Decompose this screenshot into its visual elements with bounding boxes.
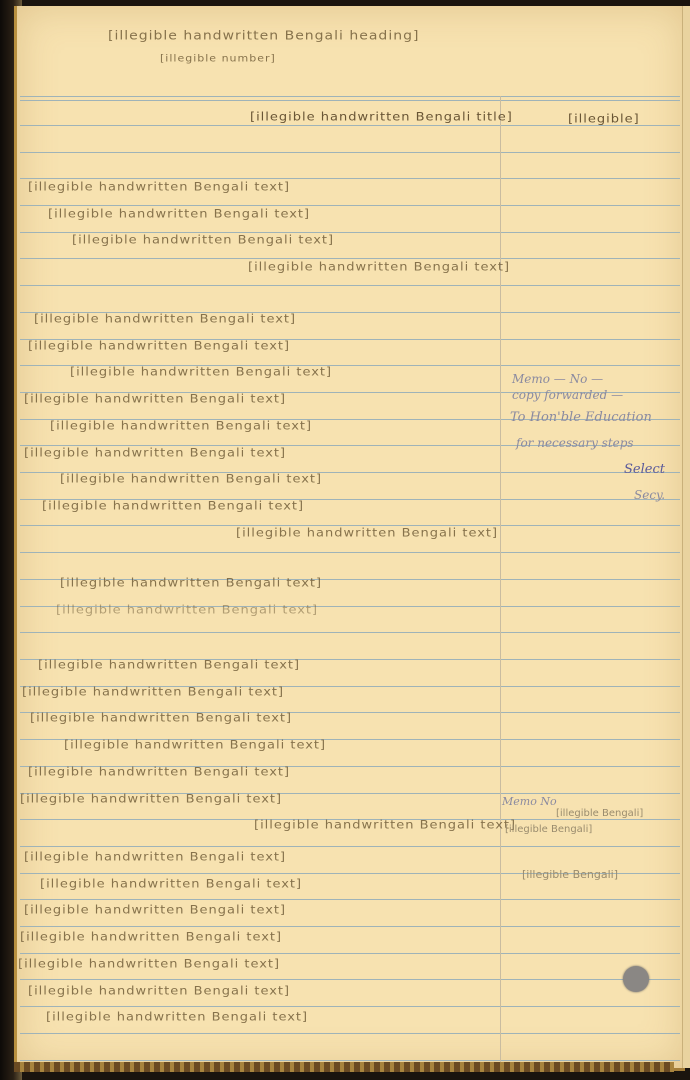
handwritten-line: [illegible handwritten Bengali text] bbox=[38, 659, 300, 673]
margin-note-line: [illegible Bengali] bbox=[522, 868, 618, 881]
header-line: [illegible handwritten Bengali heading] bbox=[108, 29, 419, 43]
rule-line bbox=[20, 285, 680, 286]
handwritten-line: [illegible handwritten Bengali text] bbox=[22, 686, 284, 700]
margin-note-signature: Secy. bbox=[634, 488, 665, 502]
rule-line bbox=[20, 846, 680, 847]
ink-blot bbox=[623, 966, 649, 992]
rule-line bbox=[20, 152, 680, 153]
handwritten-line: [illegible handwritten Bengali text] bbox=[34, 313, 296, 327]
handwritten-line: [illegible handwritten Bengali text] bbox=[70, 366, 332, 380]
margin-note-line: [illegible Bengali] bbox=[505, 824, 592, 835]
rule-line bbox=[20, 899, 680, 900]
handwritten-line: [illegible handwritten Bengali text] bbox=[24, 393, 286, 407]
rule-line bbox=[20, 205, 680, 206]
rule-line bbox=[20, 953, 680, 954]
handwritten-line: [illegible handwritten Bengali text] bbox=[24, 851, 286, 865]
page-bottom-edge bbox=[14, 1062, 674, 1072]
rule-line bbox=[20, 552, 680, 553]
rule-line bbox=[20, 1060, 680, 1061]
rule-line bbox=[20, 1006, 680, 1007]
handwritten-line: [illegible handwritten Bengali text] bbox=[28, 340, 290, 354]
handwritten-line: [illegible handwritten Bengali text] bbox=[236, 527, 498, 541]
page-title: [illegible handwritten Bengali title] bbox=[250, 111, 513, 125]
handwritten-line: [illegible handwritten Bengali text] bbox=[48, 208, 310, 222]
margin-note-line: [illegible Bengali] bbox=[556, 808, 643, 819]
rule-line bbox=[20, 178, 680, 179]
handwritten-line: [illegible handwritten Bengali text] bbox=[30, 712, 292, 726]
handwritten-line: [illegible handwritten Bengali text] bbox=[60, 473, 322, 487]
handwritten-line: [illegible handwritten Bengali text] bbox=[42, 500, 304, 514]
page-title-right: [illegible] bbox=[568, 113, 640, 127]
margin-note-line: for necessary steps bbox=[516, 436, 634, 450]
rule-line bbox=[20, 1033, 680, 1034]
handwritten-line: [illegible handwritten Bengali text] bbox=[60, 577, 322, 591]
handwritten-line: [illegible handwritten Bengali text] bbox=[46, 1011, 308, 1025]
handwritten-line: [illegible handwritten Bengali text] bbox=[24, 447, 286, 461]
handwritten-line: [illegible handwritten Bengali text] bbox=[56, 604, 318, 618]
margin-note-signature: Select bbox=[624, 462, 665, 477]
handwritten-line: [illegible handwritten Bengali text] bbox=[248, 261, 510, 275]
handwritten-line: [illegible handwritten Bengali text] bbox=[20, 793, 282, 807]
handwritten-line: [illegible handwritten Bengali text] bbox=[64, 739, 326, 753]
handwritten-line: [illegible handwritten Bengali text] bbox=[40, 878, 302, 892]
rule-line bbox=[20, 632, 680, 633]
handwritten-line: [illegible handwritten Bengali text] bbox=[28, 985, 290, 999]
handwritten-line: [illegible handwritten Bengali text] bbox=[50, 420, 312, 434]
margin-note-line: Memo — No — bbox=[512, 372, 603, 386]
margin-note-line: To Hon'ble Education bbox=[510, 410, 652, 425]
handwritten-line: [illegible handwritten Bengali text] bbox=[72, 234, 334, 248]
handwritten-line: [illegible handwritten Bengali text] bbox=[18, 958, 280, 972]
rule-line bbox=[20, 926, 680, 927]
margin-note-line: copy forwarded — bbox=[512, 388, 623, 402]
handwritten-line: [illegible handwritten Bengali text] bbox=[20, 931, 282, 945]
handwritten-line: [illegible handwritten Bengali text] bbox=[28, 181, 290, 195]
next-page-edge bbox=[682, 6, 690, 1068]
margin-line bbox=[500, 96, 501, 1062]
rule-line bbox=[20, 979, 680, 980]
handwritten-line: [illegible handwritten Bengali text] bbox=[254, 819, 516, 833]
handwritten-line: [illegible handwritten Bengali text] bbox=[24, 904, 286, 918]
header-sub: [illegible number] bbox=[160, 53, 276, 65]
rule-line bbox=[20, 258, 680, 259]
margin-note-line: Memo No bbox=[502, 795, 557, 808]
handwritten-line: [illegible handwritten Bengali text] bbox=[28, 766, 290, 780]
rule-line bbox=[20, 96, 680, 97]
